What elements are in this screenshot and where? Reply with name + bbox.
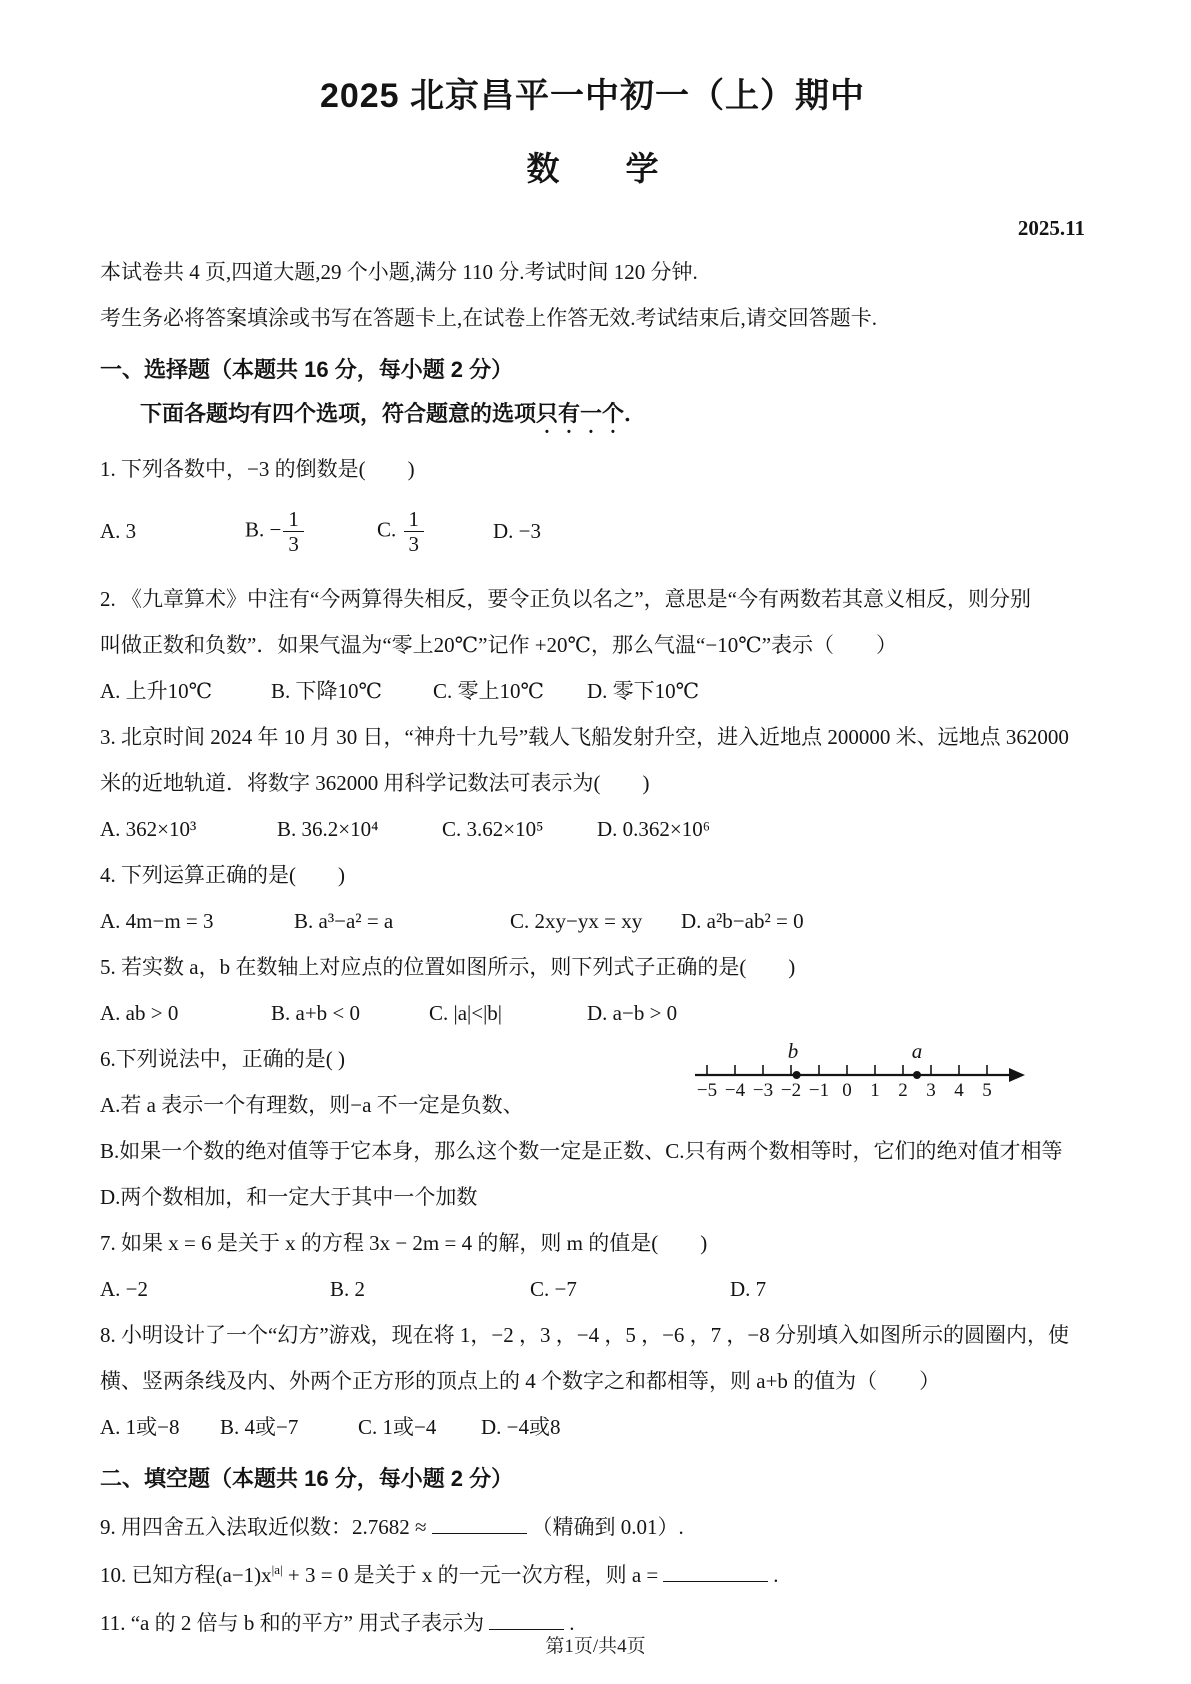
tick-label: 0 (842, 1080, 852, 1101)
q3-options: A. 362×10³ B. 36.2×10⁴ C. 3.62×10⁵ D. 0.… (100, 815, 1085, 844)
q6-block: 6.下列说法中，正确的是( ) A.若 a 表示一个有理数，则−a 不一定是负数… (100, 1045, 1085, 1120)
tick-label: 4 (954, 1080, 964, 1101)
section-one-note: 下面各题均有四个选项，符合题意的选项只有一个． (100, 399, 1085, 438)
subject-title: 数 学 (100, 143, 1085, 190)
q4-option-b: B. a³−a² = a (294, 907, 510, 936)
q8-option-b: B. 4或−7 (220, 1413, 358, 1442)
q2-option-c: C. 零上10℃ (433, 677, 587, 706)
tick-label: −2 (781, 1080, 801, 1101)
q1-stem: 1. 下列各数中，−3 的倒数是( ) (100, 455, 1085, 484)
q8-stem-line1: 8. 小明设计了一个“幻方”游戏，现在将 1，−2 ，3 ，−4 ，5 ，−6 … (100, 1321, 1085, 1350)
exam-paper-page: 2025 北京昌平一中初一（上）期中 数 学 2025.11 本试卷共 4 页,… (0, 0, 1191, 1684)
fraction: 13 (283, 508, 304, 555)
q2-options: A. 上升10℃ B. 下降10℃ C. 零上10℃ D. 零下10℃ (100, 677, 1085, 706)
fraction-denominator: 3 (288, 532, 299, 555)
q4-option-a: A. 4m−m = 3 (100, 907, 294, 936)
q2-option-b: B. 下降10℃ (271, 677, 433, 706)
q10-expression-rest: + 3 = 0 (283, 1563, 354, 1587)
q9-text-pre: 9. 用四舍五入法取近似数：2.7682 ≈ (100, 1515, 427, 1539)
q1-option-a: A. 3 (100, 517, 245, 546)
tick-label: −1 (809, 1080, 829, 1101)
tick-label: 5 (982, 1080, 992, 1101)
q10-stem: 10. 已知方程(a−1)x|a| + 3 = 0 是关于 x 的一元一次方程，… (100, 1559, 1085, 1590)
q7-options: A. −2 B. 2 C. −7 D. 7 (100, 1275, 1085, 1304)
q4-option-d: D. a²b−ab² = 0 (681, 907, 804, 936)
q5-option-c: C. |a|<|b| (429, 999, 587, 1028)
tick-label: 2 (898, 1080, 908, 1101)
q5-stem: 5. 若实数 a，b 在数轴上对应点的位置如图所示，则下列式子正确的是( ) (100, 953, 1085, 982)
number-line-figure: b a −5 −4 −3 −2 −1 0 1 2 3 4 5 (695, 1041, 1025, 1101)
q1-option-b: B. −13 (245, 508, 377, 555)
q3-option-b: B. 36.2×10⁴ (277, 815, 442, 844)
exam-date: 2025.11 (100, 216, 1085, 241)
q1-option-c-label: C. (377, 517, 402, 541)
q3-stem-line1: 3. 北京时间 2024 年 10 月 30 日，“神舟十九号”载人飞船发射升空… (100, 723, 1085, 752)
fraction-numerator: 1 (283, 508, 304, 532)
axis-arrow-icon (1009, 1068, 1025, 1082)
q2-option-d: D. 零下10℃ (587, 677, 699, 706)
q11-answer-blank (489, 1607, 564, 1630)
q1-option-d: D. −3 (493, 517, 541, 546)
q5-option-b: B. a+b < 0 (271, 999, 429, 1028)
q10-expression-exponent: |a| (272, 1562, 283, 1577)
q3-option-d: D. 0.362×10⁶ (597, 815, 710, 844)
fraction-denominator: 3 (409, 532, 420, 555)
section-one-heading: 一、选择题（本题共 16 分，每小题 2 分） (100, 355, 1085, 385)
q2-option-a: A. 上升10℃ (100, 677, 271, 706)
q8-option-c: C. 1或−4 (358, 1413, 481, 1442)
q9-text-post: （精确到 0.01）. (532, 1515, 684, 1539)
tick-label: 1 (870, 1080, 880, 1101)
q10-answer-blank (663, 1559, 768, 1582)
point-a-label: a (912, 1041, 923, 1063)
note-end: ． (624, 401, 646, 426)
section-two-heading: 二、填空题（本题共 16 分，每小题 2 分） (100, 1464, 1085, 1494)
q5-option-a: A. ab > 0 (100, 999, 271, 1028)
q5-option-d: D. a−b > 0 (587, 999, 677, 1028)
tick-label: −5 (697, 1080, 717, 1101)
q8-option-a: A. 1或−8 (100, 1413, 220, 1442)
q10-text-pre: 10. 已知方程 (100, 1563, 216, 1587)
q8-option-d: D. −4或8 (481, 1413, 561, 1442)
q3-stem-line2: 米的近地轨道．将数字 362000 用科学记数法可表示为( ) (100, 769, 1085, 798)
q8-stem-line2: 横、竖两条线及内、外两个正方形的顶点上的 4 个数字之和都相等，则 a+b 的值… (100, 1367, 1085, 1396)
q1-option-c: C. 13 (377, 508, 493, 555)
point-a-dot (913, 1071, 921, 1079)
q4-options: A. 4m−m = 3 B. a³−a² = a C. 2xy−yx = xy … (100, 907, 1085, 936)
q7-option-d: D. 7 (730, 1275, 766, 1304)
q2-stem-line1: 2. 《九章算术》中注有“今两算得失相反，要令正负以名之”，意思是“今有两数若其… (100, 585, 1085, 614)
note-emphasis: 只有一个 (536, 401, 624, 426)
tick-label: −3 (753, 1080, 773, 1101)
exam-info-line1: 本试卷共 4 页,四道大题,29 个小题,满分 110 分.考试时间 120 分… (100, 258, 1085, 287)
point-b-dot (793, 1071, 801, 1079)
q10-text-end: . (773, 1563, 778, 1587)
q4-stem: 4. 下列运算正确的是( ) (100, 861, 1085, 890)
page-title: 2025 北京昌平一中初一（上）期中 (100, 0, 1085, 117)
q7-stem: 7. 如果 x = 6 是关于 x 的方程 3x − 2m = 4 的解，则 m… (100, 1229, 1085, 1258)
q8-options: A. 1或−8 B. 4或−7 C. 1或−4 D. −4或8 (100, 1413, 1085, 1442)
page-footer: 第1页/共4页 (0, 1631, 1191, 1658)
note-pre: 下面各题均有四个选项，符合题意的选项 (140, 401, 536, 426)
tick-label: −4 (725, 1080, 746, 1101)
q1-options: A. 3 B. −13 C. 13 D. −3 (100, 494, 1085, 568)
q2-stem-line2: 叫做正数和负数”．如果气温为“零上20℃”记作 +20℃，那么气温“−10℃”表… (100, 631, 1085, 660)
tick-label: 3 (926, 1080, 936, 1101)
q6-options-bc: B.如果一个数的绝对值等于它本身，那么这个数一定是正数、C.只有两个数相等时，它… (100, 1137, 1085, 1166)
q1-option-b-label: B. − (245, 517, 281, 541)
q7-option-c: C. −7 (530, 1275, 730, 1304)
q5-options: A. ab > 0 B. a+b < 0 C. |a|<|b| D. a−b >… (100, 999, 1085, 1028)
q7-option-b: B. 2 (330, 1275, 530, 1304)
q3-option-c: C. 3.62×10⁵ (442, 815, 597, 844)
q9-stem: 9. 用四舍五入法取近似数：2.7682 ≈（精确到 0.01）. (100, 1511, 1085, 1542)
q6-option-d: D.两个数相加，和一定大于其中一个加数 (100, 1183, 1085, 1212)
fraction: 13 (404, 508, 425, 555)
point-b-label: b (788, 1041, 799, 1063)
q10-text-post: 是关于 x 的一元一次方程，则 a = (354, 1563, 659, 1587)
fraction-numerator: 1 (404, 508, 425, 532)
q10-expression-base: (a−1)x (216, 1563, 272, 1587)
exam-info-line2: 考生务必将答案填涂或书写在答题卡上,在试卷上作答无效.考试结束后,请交回答题卡. (100, 304, 1085, 333)
q4-option-c: C. 2xy−yx = xy (510, 907, 681, 936)
q7-option-a: A. −2 (100, 1275, 330, 1304)
q3-option-a: A. 362×10³ (100, 815, 277, 844)
q9-answer-blank (432, 1511, 527, 1534)
